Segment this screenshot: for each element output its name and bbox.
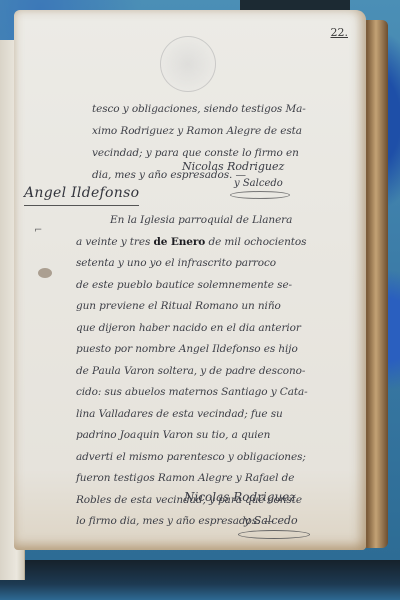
text-line: padrino Joaquin Varon su tio, a quien: [76, 425, 308, 447]
text-line: setenta y uno yo el infrascrito parroco: [76, 253, 308, 275]
text-line: adverti el mismo parentesco y obligacion…: [76, 447, 308, 469]
signature-flourish-icon: [230, 191, 290, 199]
text-line: que dijeron haber nacido en el dia anter…: [76, 318, 308, 340]
signature-name: Nicolas Rodriguez: [184, 490, 296, 504]
text-fragment: de mil ochocientos: [205, 236, 306, 248]
text-fragment: a veinte y tres: [76, 236, 153, 248]
margin-mark: ⌐: [34, 225, 42, 236]
page-number: 22.: [331, 26, 349, 39]
entry-margin-name: Angel Ildefonso: [24, 185, 139, 206]
table-shadow: [0, 560, 400, 600]
signature-subline: y Salcedo: [244, 514, 298, 527]
text-line: lina Valladares de esta vecindad; fue su: [76, 404, 308, 426]
text-line: gun previene el Ritual Romano un niño: [76, 296, 308, 318]
register-page: 22. tesco y obligaciones, siendo testigo…: [14, 10, 366, 550]
text-line: ximo Rodriguez y Ramon Alegre de esta: [92, 120, 306, 142]
signature-name: Nicolas Rodriguez: [182, 160, 284, 173]
text-line: puesto por nombre Angel Ildefonso es hij…: [76, 339, 308, 361]
text-line: de Paula Varon soltera, y de padre desco…: [76, 361, 308, 383]
text-line: a veinte y tres de Enero de mil ochocien…: [76, 232, 308, 254]
ink-stain: [38, 268, 52, 278]
signature-flourish-icon: [238, 530, 310, 539]
text-line: de este pueblo bautice solemnemente se-: [76, 275, 308, 297]
highlighted-date: de Enero: [153, 236, 205, 248]
text-line: En la Iglesia parroquial de Llanera: [76, 210, 308, 232]
text-line: tesco y obligaciones, siendo testigos Ma…: [92, 98, 306, 120]
baptism-entry-body: En la Iglesia parroquial de Llanera a ve…: [76, 210, 308, 533]
text-line: cido: sus abuelos maternos Santiago y Ca…: [76, 382, 308, 404]
signature-subline: y Salcedo: [234, 178, 283, 189]
text-line: fueron testigos Ramon Alegre y Rafael de: [76, 468, 308, 490]
embossed-seal-icon: [160, 36, 216, 92]
